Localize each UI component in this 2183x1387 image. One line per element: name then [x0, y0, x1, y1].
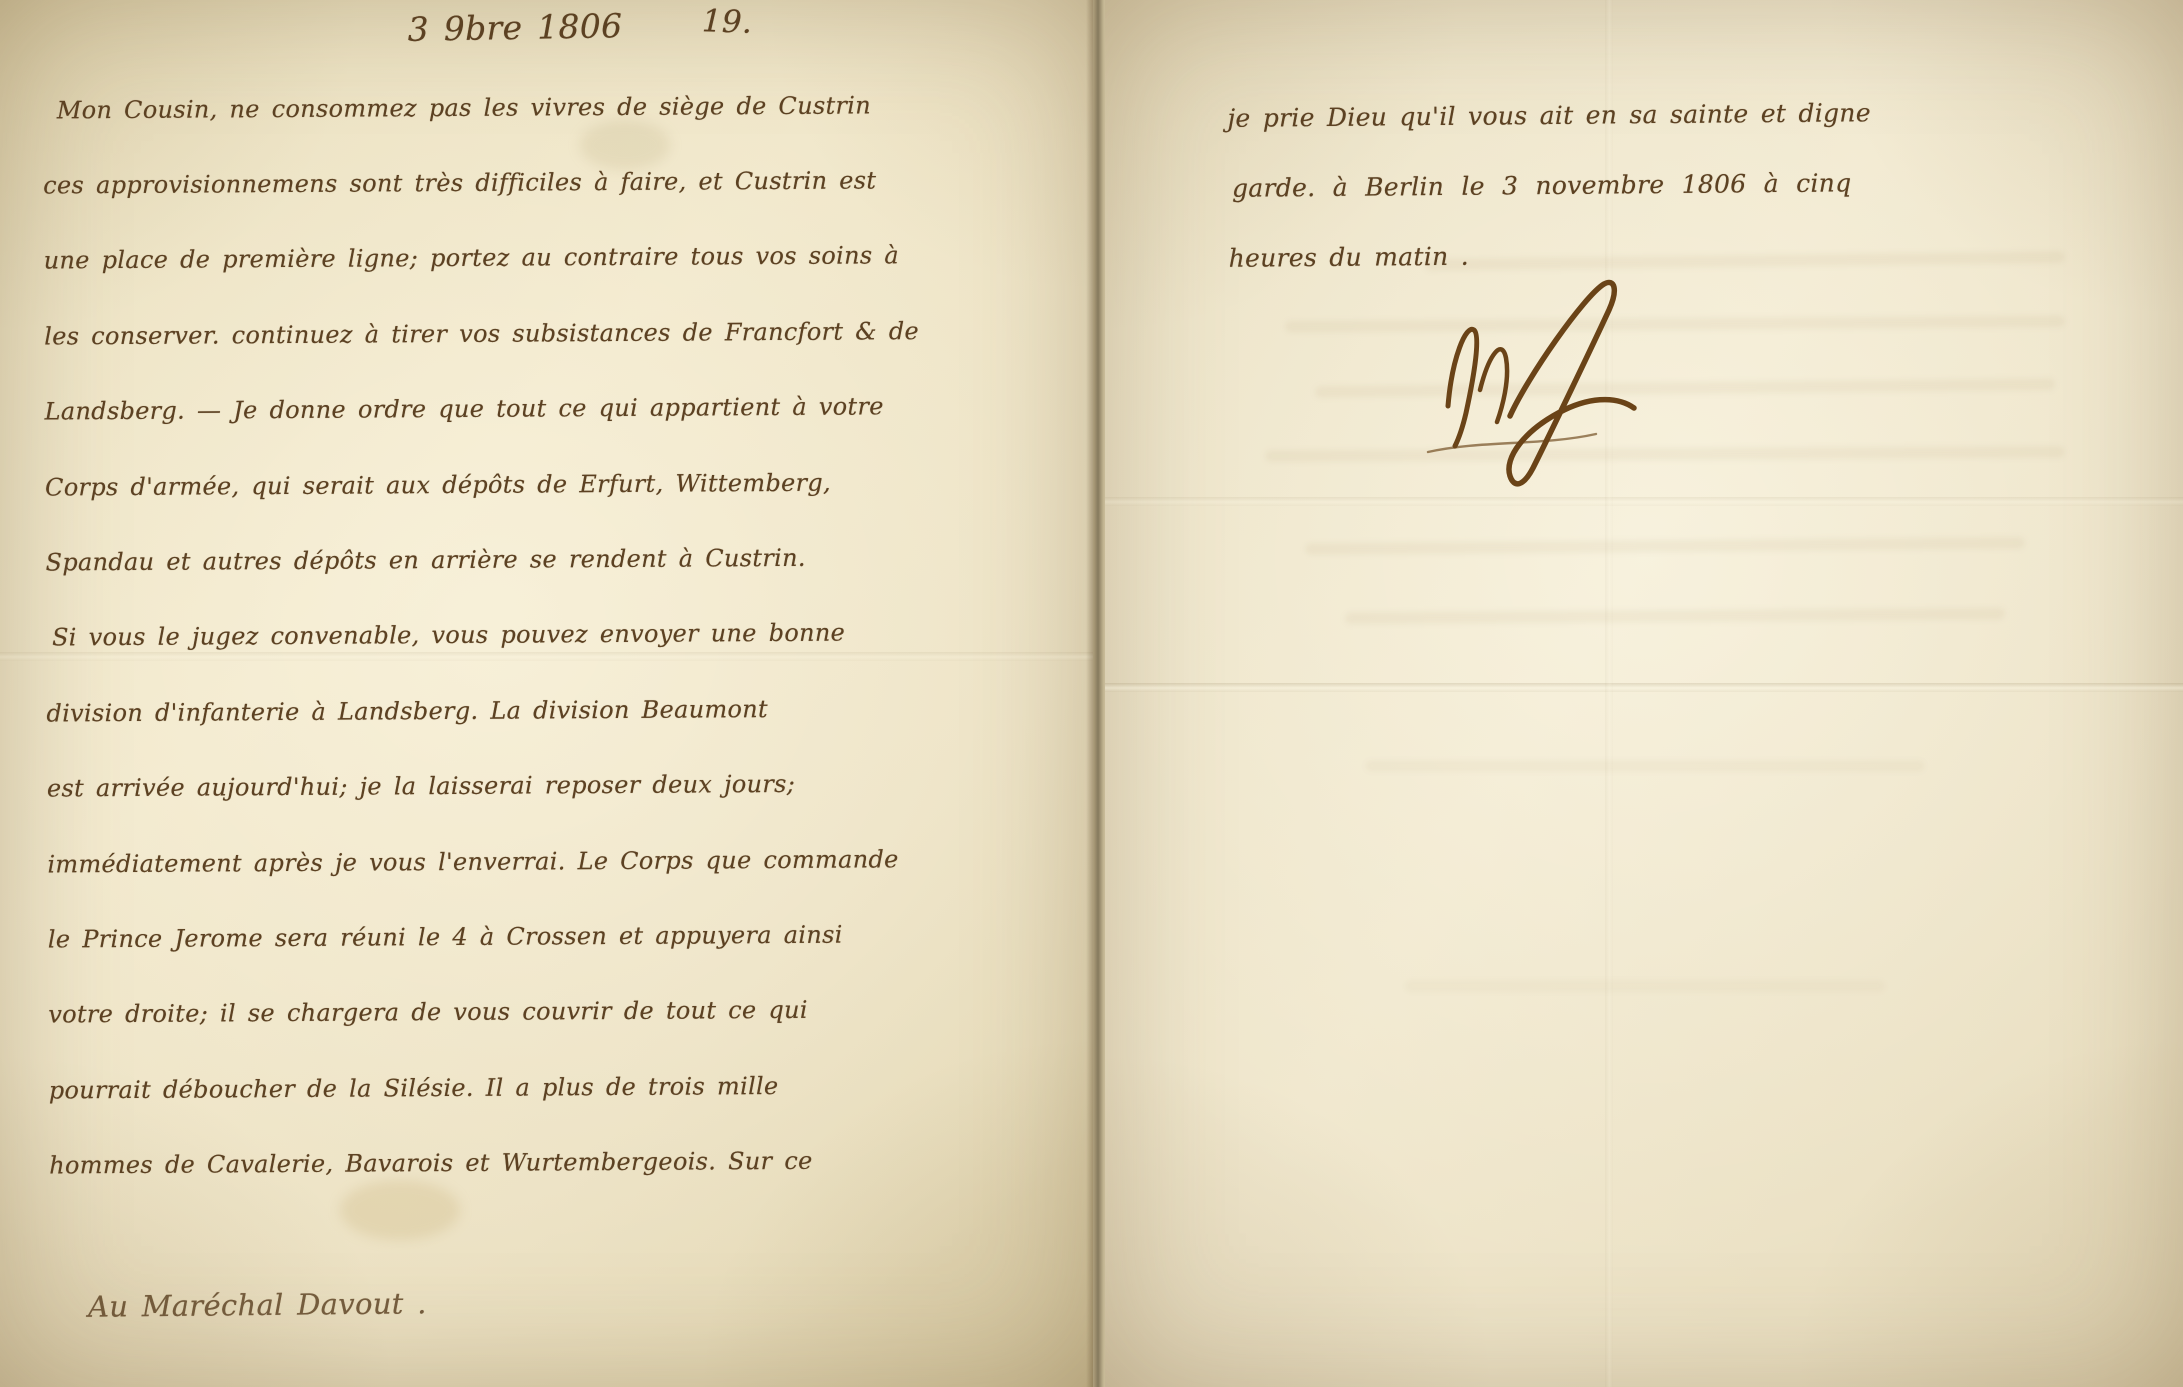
fold-crease: [1105, 497, 2183, 506]
bleedthrough-mark: [1305, 537, 2025, 555]
manuscript-line: garde. à Berlin le 3 novembre 1806 à cin…: [1228, 147, 1872, 223]
napoleon-signature: [1392, 238, 1682, 488]
letter-scan: 3 9bre 1806 19. Mon Cousin, ne consommez…: [0, 0, 2183, 1387]
date-heading: 3 9bre 1806: [365, 5, 666, 49]
page-number: 19.: [701, 3, 752, 41]
fold-crease: [1105, 683, 2183, 692]
bleedthrough-mark: [1365, 760, 1925, 772]
manuscript-line: je prie Dieu qu'il vous ait en sa sainte…: [1227, 77, 1871, 153]
bleedthrough-mark: [1345, 608, 2005, 625]
address-line: Au Maréchal Davout .: [88, 1286, 427, 1324]
bleedthrough-mark: [1405, 980, 1885, 992]
